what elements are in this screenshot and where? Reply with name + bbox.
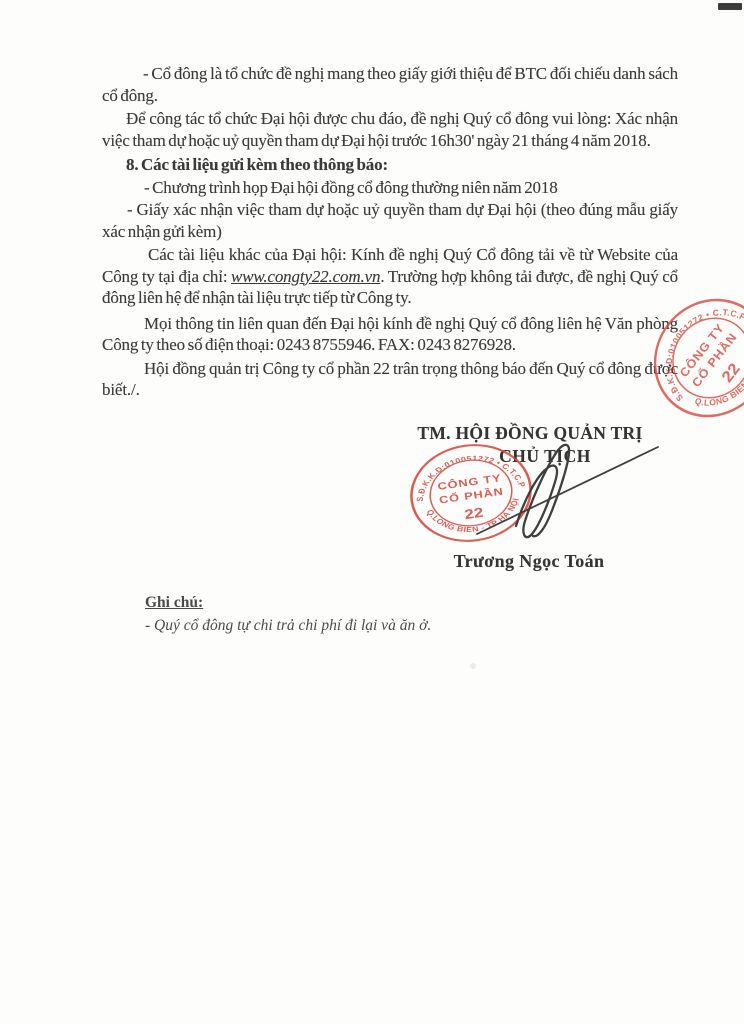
signer-name: Trương Ngọc Toán [404, 551, 654, 572]
attachment-item-confirmation-form: - Giấy xác nhận việc tham dự hoặc uỷ quy… [102, 199, 678, 242]
footnotes-block: Ghi chú: - Quý cổ đông tự chi trả chi ph… [145, 594, 565, 635]
signature-loops [516, 445, 569, 537]
paragraph-closing: Hội đồng quản trị Công ty cổ phần 22 trâ… [102, 358, 678, 401]
footnote-item: - Quý cổ đông tự chi trả chi phí đi lại … [145, 617, 565, 635]
attachment-item-agenda: - Chương trình họp Đại hội đồng cổ đông … [102, 177, 678, 199]
footnotes-heading: Ghi chú: [145, 594, 565, 612]
scan-artifact-mark [718, 3, 742, 10]
scan-smudge [470, 663, 476, 669]
paragraph-confirm-attendance: Để công tác tổ chức Đại hội được chu đáo… [102, 108, 678, 151]
document-body: - Cổ đông là tổ chức đề nghị mang theo g… [102, 63, 678, 401]
paragraph-contact-info: Mọi thông tin liên quan đến Đại hội kính… [102, 313, 678, 356]
seal-center-number: 22 [719, 360, 744, 386]
company-website-url: www.congty22.com.vn [231, 267, 380, 286]
handwritten-signature [470, 428, 670, 543]
paragraph-attendee-org: - Cổ đông là tổ chức đề nghị mang theo g… [102, 63, 678, 106]
scanned-document-page: - Cổ đông là tổ chức đề nghị mang theo g… [0, 0, 744, 1024]
section-8-heading: 8. Các tài liệu gửi kèm theo thông báo: [102, 154, 678, 176]
paragraph-other-documents: Các tài liệu khác của Đại hội: Kính đề n… [102, 244, 678, 309]
